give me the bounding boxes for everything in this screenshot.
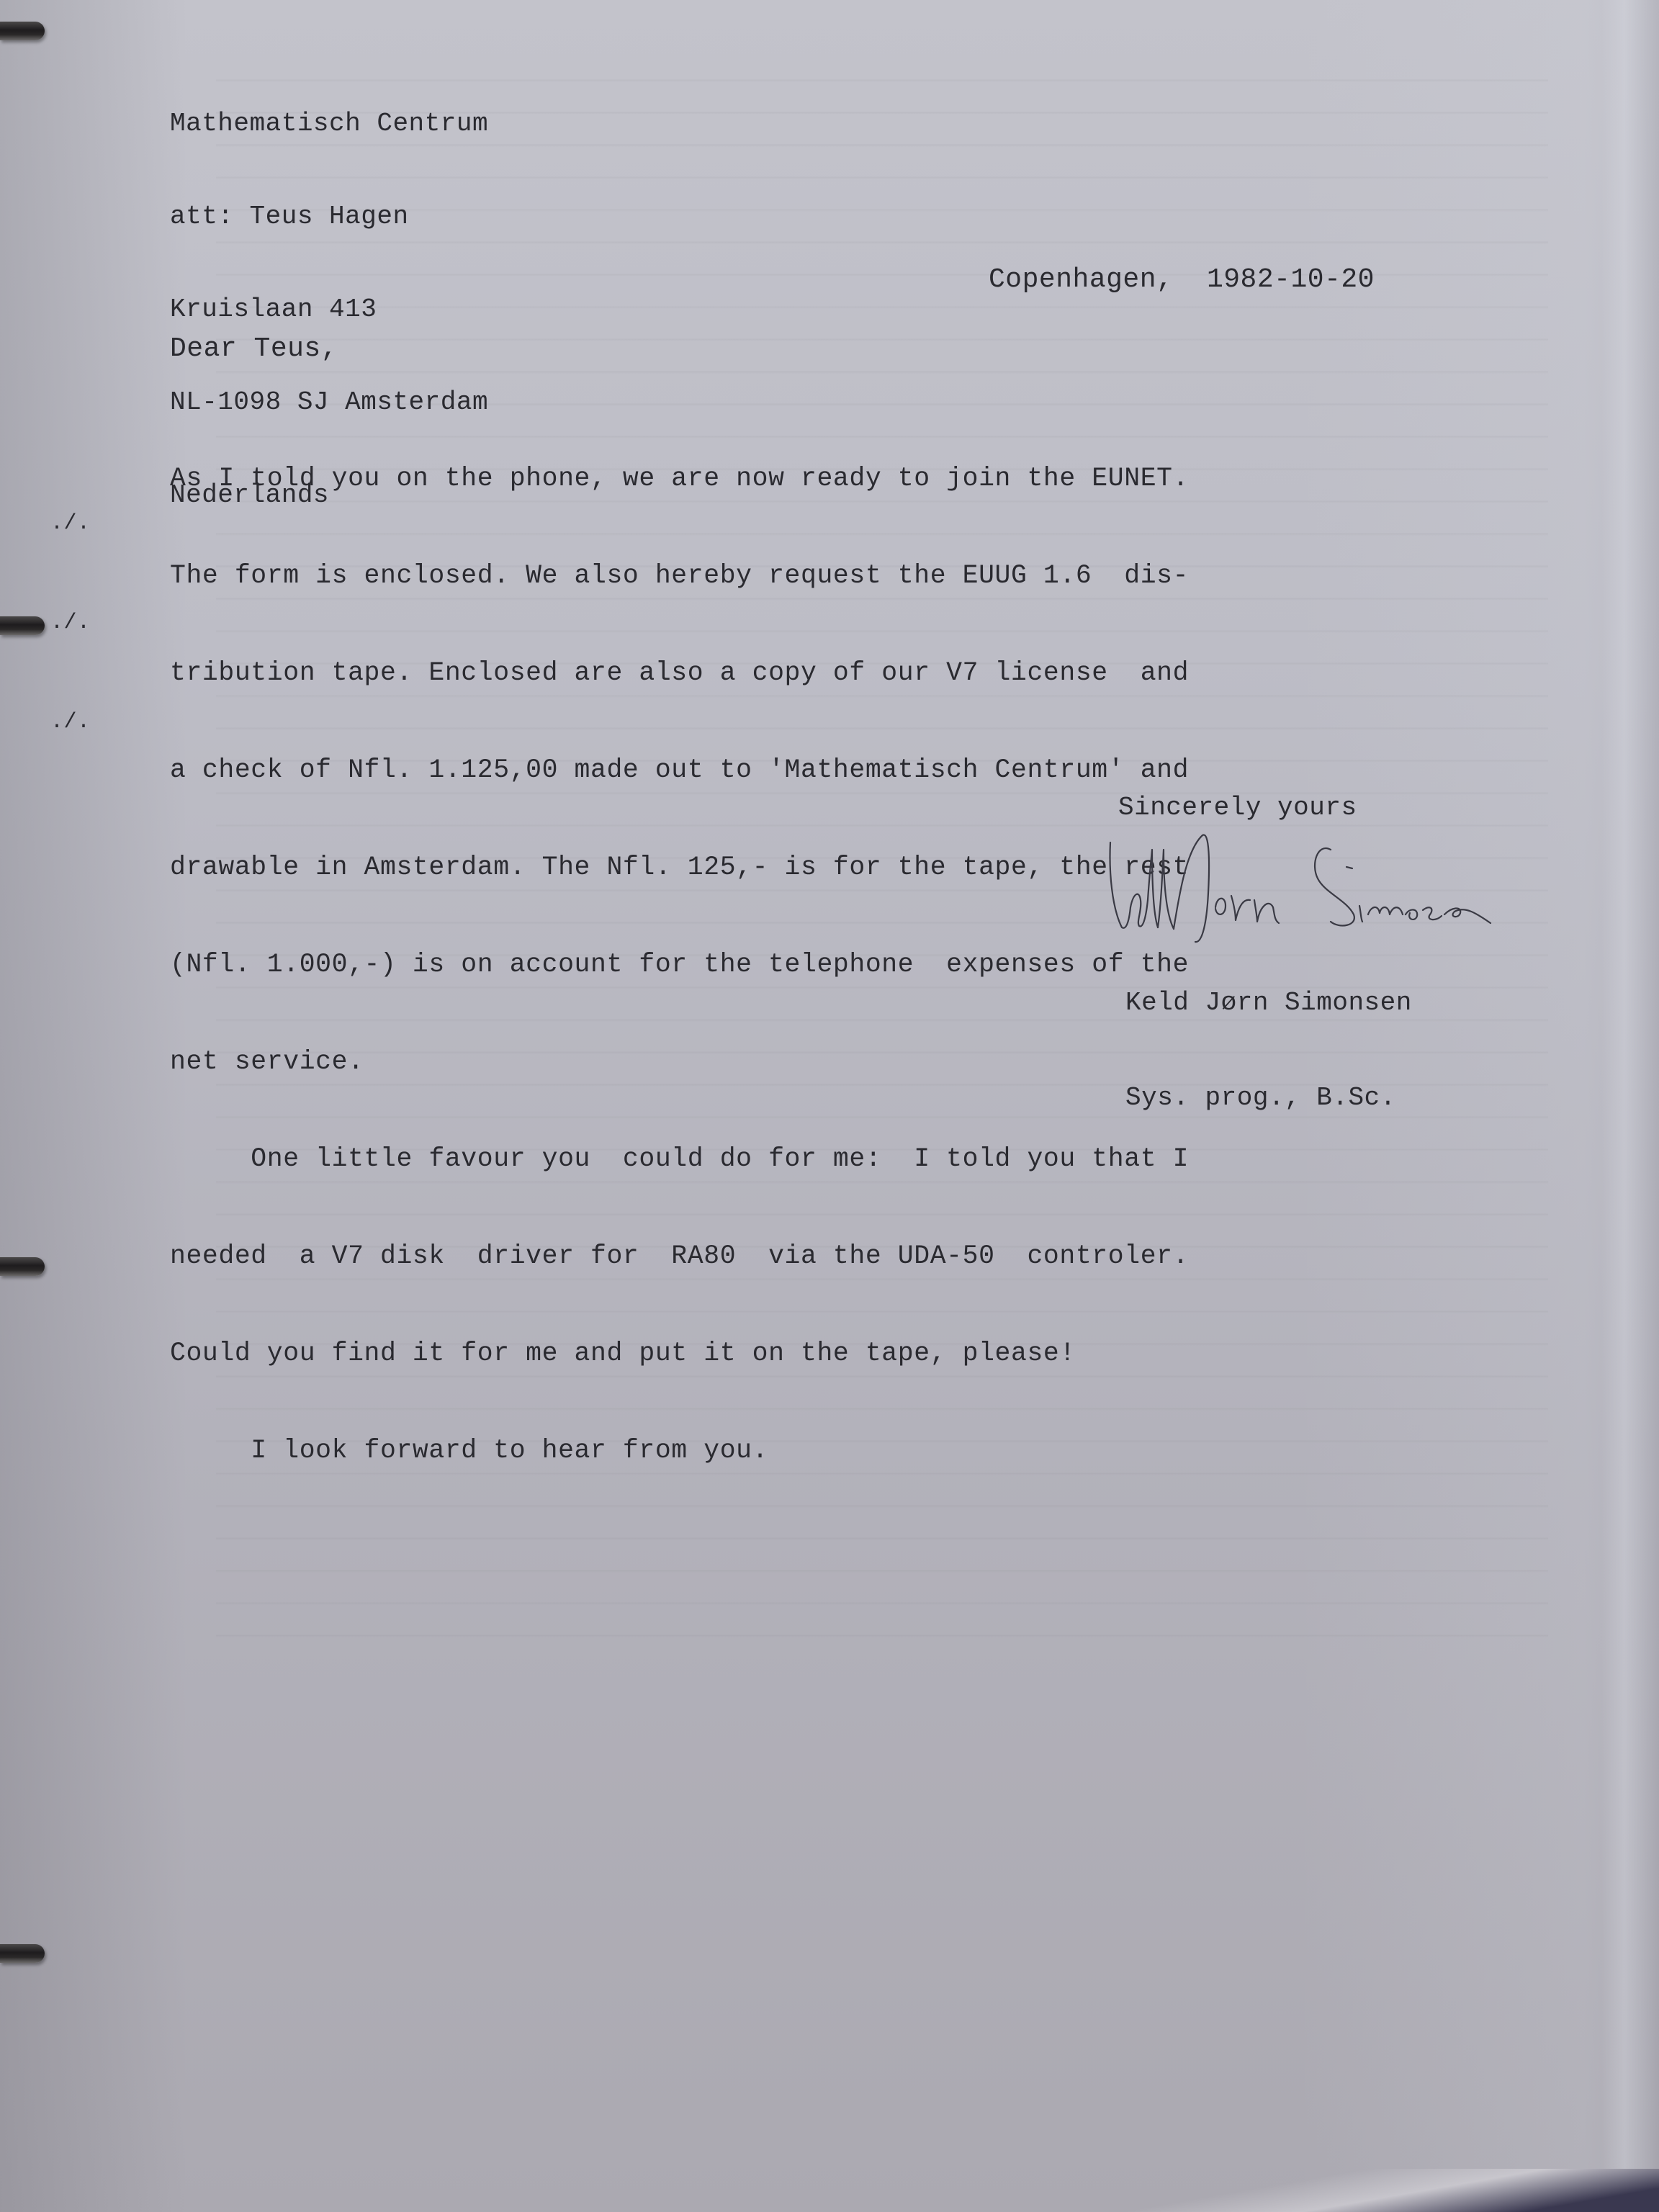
body-line: a check of Nfl. 1.125,00 made out to 'Ma… bbox=[170, 755, 1189, 787]
body-line: (Nfl. 1.000,-) is on account for the tel… bbox=[170, 949, 1189, 981]
binder-ring-icon bbox=[0, 616, 45, 635]
body-line: I look forward to hear from you. bbox=[170, 1435, 1189, 1467]
body-line: needed a V7 disk driver for RA80 via the… bbox=[170, 1241, 1189, 1273]
salutation: Dear Teus, bbox=[170, 333, 338, 365]
signer-name: Keld Jørn Simonsen bbox=[1125, 987, 1412, 1019]
page-bottom-edge bbox=[1011, 2169, 1659, 2212]
body-line: One little favour you could do for me: I… bbox=[170, 1143, 1189, 1176]
body-line: tribution tape. Enclosed are also a copy… bbox=[170, 657, 1189, 690]
signer-title: Sys. prog., B.Sc. bbox=[1125, 1082, 1412, 1114]
enclosure-mark: ./. bbox=[50, 706, 104, 739]
page-right-edge bbox=[1601, 0, 1659, 2212]
place-date: Copenhagen, 1982-10-20 bbox=[989, 264, 1375, 296]
address-line: att: Teus Hagen bbox=[170, 201, 488, 232]
closing: Sincerely yours bbox=[1118, 792, 1357, 824]
address-line: Kruislaan 413 bbox=[170, 294, 488, 325]
letter-page: Mathematisch Centrum att: Teus Hagen Kru… bbox=[0, 0, 1659, 2212]
body-line: net service. bbox=[170, 1046, 1189, 1079]
address-line: Mathematisch Centrum bbox=[170, 108, 488, 139]
body-line: drawable in Amsterdam. The Nfl. 125,- is… bbox=[170, 852, 1189, 884]
enclosure-marks: ./. ./. ./. bbox=[50, 441, 104, 805]
body-line: The form is enclosed. We also hereby req… bbox=[170, 560, 1189, 593]
binder-ring-icon bbox=[0, 22, 45, 40]
body-line: As I told you on the phone, we are now r… bbox=[170, 463, 1189, 495]
signer-block: Keld Jørn Simonsen Sys. prog., B.Sc. bbox=[1125, 924, 1412, 1177]
binder-ring-icon bbox=[0, 1257, 45, 1276]
enclosure-mark: ./. bbox=[50, 606, 104, 639]
letter-body: As I told you on the phone, we are now r… bbox=[170, 398, 1189, 1532]
binder-ring-icon bbox=[0, 1944, 45, 1963]
body-line: Could you find it for me and put it on t… bbox=[170, 1338, 1189, 1370]
enclosure-mark: ./. bbox=[50, 507, 104, 540]
